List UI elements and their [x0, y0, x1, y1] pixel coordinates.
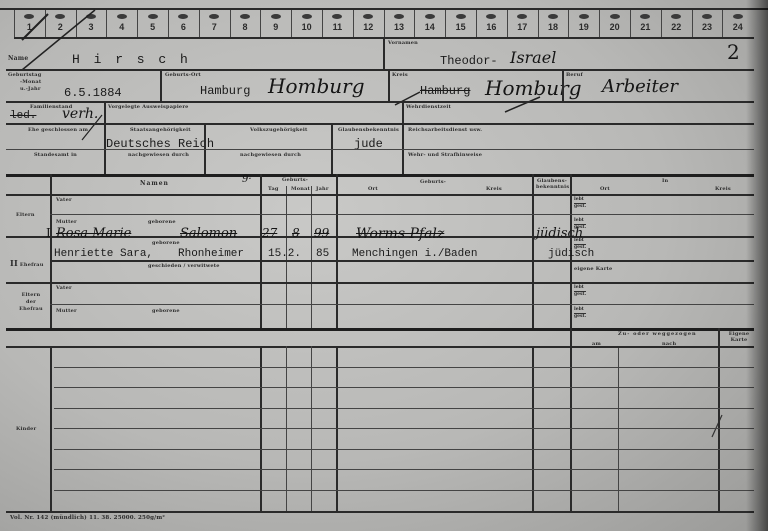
header-jahr: Jahr: [316, 186, 329, 192]
row-divider: [50, 304, 754, 305]
label-wehr-strafhinweise: Wehr- und Strafhinweise: [408, 152, 482, 158]
occupation-value: Arbeiter: [602, 76, 678, 97]
lebt-gest-1: lebtgest.: [574, 197, 586, 210]
spouse-name-typed: Henriette Sara,: [54, 248, 153, 260]
col-divider: [260, 174, 262, 329]
spouse-month-struck: 8: [292, 226, 300, 240]
label-eltern: Eltern: [16, 212, 35, 218]
label-geschieden: geschieden / verwitwete: [148, 263, 220, 269]
col-divider: [532, 346, 534, 512]
divider: [402, 101, 404, 175]
col-divider: [50, 346, 52, 512]
label-nachgewiesen-1: nachgewiesen durch: [128, 152, 189, 158]
birth-place-handwritten: Homburg: [268, 74, 365, 98]
family-status-handwritten: verh.: [62, 106, 98, 122]
child-row-line: [54, 428, 754, 429]
col-divider: [618, 346, 619, 512]
header-in: In: [662, 178, 668, 184]
birth-place-typed: Hamburg: [200, 84, 250, 98]
ehefrau-label: Ehefrau: [20, 262, 44, 268]
row-divider: [6, 194, 754, 196]
row-divider: [6, 69, 754, 71]
lebt-label: lebt: [574, 285, 586, 292]
col-divider: [718, 328, 720, 512]
header-kreis-2: Kreis: [715, 186, 731, 192]
label-geburtstag: Geburtstag -Monat u.-Jahr: [8, 72, 41, 93]
label-kinder: Kinder: [16, 426, 36, 432]
label-geburtsort: Geburts-Ort: [165, 72, 201, 78]
divider: [160, 69, 162, 101]
birth-date-value: 6.5.1884: [64, 86, 122, 100]
lebt-label: lebt: [574, 238, 586, 245]
child-row-line: [54, 469, 754, 470]
label-geborene-spouse: geborene: [152, 240, 180, 246]
bottom-border: [6, 511, 754, 513]
divider: [562, 69, 564, 101]
gest-label: gest.: [574, 245, 586, 251]
roman-mark-1: I: [46, 226, 51, 240]
spouse-maiden-struck: Salomon: [180, 226, 237, 241]
kreis-typed: Hamburg: [420, 84, 470, 98]
label-ehefrau: II Ehefrau: [10, 258, 44, 268]
spouse-day-struck: 27: [262, 226, 277, 240]
label-eigene-karte: eigene Karte: [574, 266, 612, 272]
label-nachgewiesen-2: nachgewiesen durch: [240, 152, 301, 158]
header-namen: Namen: [140, 180, 169, 187]
header-kreis: Kreis: [486, 186, 502, 192]
label-volkszugehoerigkeit: Volkszugehörigkeit: [250, 127, 308, 133]
label-eigene-karte-children: Eigene Karte: [726, 331, 752, 343]
row-divider: [50, 260, 754, 262]
lebt-label: lebt: [574, 197, 586, 204]
label-kreis: Kreis: [392, 72, 408, 78]
col-divider: [286, 346, 287, 512]
lebt-gest-3: lebtgest.: [574, 238, 586, 251]
spouse-place-struck: Worms Pfalz: [356, 226, 444, 242]
row-divider: [50, 214, 754, 215]
label-beruf: Beruf: [566, 72, 583, 78]
label-geburtstag-2: -Monat: [8, 79, 41, 85]
col-divider: [50, 174, 52, 329]
child-row-line: [54, 490, 754, 491]
col-divider: [260, 346, 262, 512]
spouse-year-struck: 99: [314, 226, 329, 240]
gest-label: gest.: [574, 314, 586, 320]
child-row-line: [54, 367, 754, 368]
row-divider: [6, 149, 754, 150]
divider: [388, 69, 390, 101]
col-divider: [336, 174, 338, 329]
label-vater-2: Vater: [56, 285, 72, 291]
label-geborene-2: geborene: [152, 308, 180, 314]
spouse-birth-year-typed: 85: [316, 248, 329, 260]
registration-card: 123456789101112131415161718192021222324 …: [0, 0, 768, 531]
label-geburtstag-3: u.-Jahr: [8, 86, 41, 92]
label-zu-weggezogen: Zu- oder weggezogen: [618, 331, 697, 337]
lebt-gest-4: lebtgest.: [574, 285, 586, 298]
child-row-line: [54, 408, 754, 409]
lebt-label: lebt: [574, 307, 586, 314]
header-glaubensbekenntnis: Glaubens-bekenntnis: [536, 178, 568, 190]
row-divider: [6, 282, 754, 284]
kreis-handwritten: Homburg: [485, 76, 582, 100]
header-ort: Ort: [368, 186, 378, 192]
col-divider: [532, 174, 534, 329]
header-geburts-ort: Geburts-: [420, 179, 446, 185]
label-eltern-der-ehefrau: Eltern der Ehefrau: [16, 292, 46, 313]
gest-label: gest.: [574, 204, 586, 210]
label-geborene: geborene: [148, 219, 176, 225]
header-monat: Monat: [291, 186, 310, 192]
child-row-line: [54, 449, 754, 450]
label-staatsangehoerigkeit: Staatsangehörigkeit: [130, 127, 191, 133]
roman-mark-2: II: [10, 258, 18, 268]
spouse-birth-place-typed: Menchingen i./Baden: [352, 248, 477, 260]
header-ort-2: Ort: [600, 186, 610, 192]
footer-print-info: Vol. Nr. 142 (mündlich) 11. 38. 25000. 2…: [10, 515, 165, 521]
header-geburts: Geburts-: [282, 177, 308, 183]
spouse-maiden-typed: Rhonheimer: [178, 248, 244, 260]
col-divider: [336, 346, 338, 512]
label-reichsarbeitsdienst: Reichsarbeitsdienst usw.: [408, 127, 482, 133]
label-vater: Vater: [56, 197, 72, 203]
family-status-typed: led.: [10, 110, 36, 122]
col-divider: [311, 346, 312, 512]
label-geburtstag-1: Geburtstag: [8, 72, 41, 78]
lebt-label: lebt: [574, 218, 586, 225]
label-standesamt: Standesamt in: [34, 152, 77, 158]
col-divider: [311, 186, 312, 329]
section-divider: [6, 174, 754, 177]
row-divider: [6, 101, 754, 103]
spouse-name-struck: Rosa Marie: [56, 226, 131, 241]
mark-9: 9·: [242, 174, 252, 185]
spouse-birth-date-typed: 15.2.: [268, 248, 301, 260]
label-wehrdienst: Wehrdienstzeit: [406, 104, 451, 110]
row-divider: [6, 346, 754, 348]
header-tag: Tag: [268, 186, 279, 192]
gest-label: gest.: [574, 292, 586, 298]
label-ehe-geschlossen: Ehe geschlossen am: [28, 127, 88, 133]
row-divider: [6, 123, 754, 125]
label-glaubensbekenntnis: Glaubensbekenntnis: [338, 127, 399, 133]
label-mutter: Mutter: [56, 219, 77, 225]
lebt-gest-5: lebtgest.: [574, 307, 586, 320]
col-divider: [570, 328, 572, 512]
label-ausweispapiere: Vorgelegte Ausweispapiere: [108, 104, 189, 110]
child-row-line: [54, 387, 754, 388]
label-mutter-2: Mutter: [56, 308, 77, 314]
spouse-religion-typed: jüdisch: [548, 248, 594, 260]
